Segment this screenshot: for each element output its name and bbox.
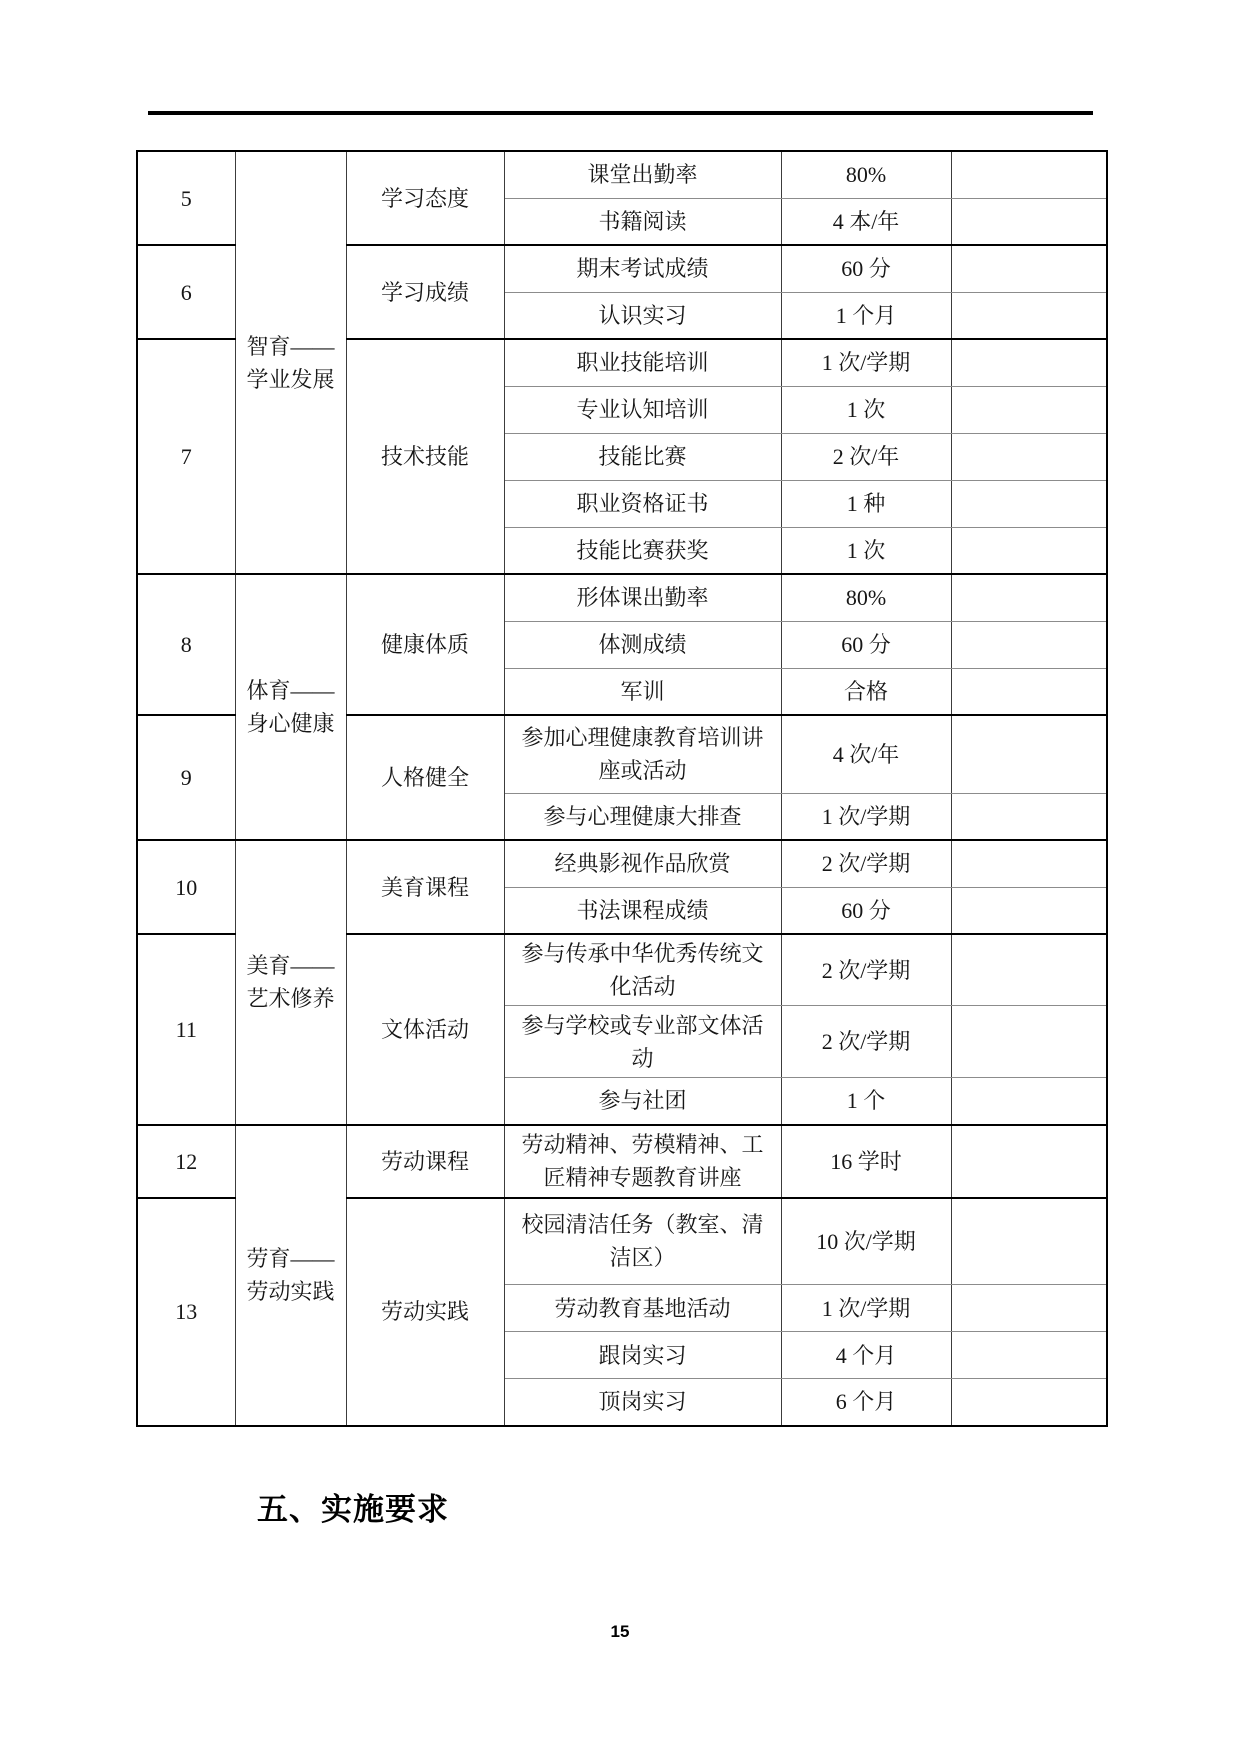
item-cell: 参与社团 xyxy=(504,1078,781,1125)
category-line: 智育—— xyxy=(244,330,338,363)
value-cell: 1 次 xyxy=(781,386,951,433)
row-number-cell: 10 xyxy=(137,840,235,934)
subcategory-cell: 文体活动 xyxy=(346,934,504,1125)
value-cell: 6 个月 xyxy=(781,1379,951,1426)
blank-cell xyxy=(951,433,1107,480)
blank-cell xyxy=(951,1006,1107,1078)
category-line: 学业发展 xyxy=(244,363,338,396)
item-cell: 跟岗实习 xyxy=(504,1332,781,1379)
evaluation-table: 5 智育—— 学业发展 学习态度 课堂出勤率 80% 书籍阅读 4 本/年 6 … xyxy=(136,150,1108,1427)
blank-cell xyxy=(951,715,1107,793)
item-cell: 专业认知培训 xyxy=(504,386,781,433)
table-row: 10 美育—— 艺术修养 美育课程 经典影视作品欣赏 2 次/学期 xyxy=(137,840,1107,887)
blank-cell xyxy=(951,1285,1107,1332)
category-line: 体育—— xyxy=(244,674,338,707)
blank-cell xyxy=(951,1125,1107,1198)
value-cell: 80% xyxy=(781,574,951,621)
value-cell: 1 个 xyxy=(781,1078,951,1125)
blank-cell xyxy=(951,292,1107,339)
subcategory-cell: 健康体质 xyxy=(346,574,504,715)
value-cell: 1 次/学期 xyxy=(781,793,951,840)
category-line: 艺术修养 xyxy=(244,982,338,1015)
subcategory-cell: 学习成绩 xyxy=(346,245,504,339)
header-rule xyxy=(148,111,1093,115)
value-cell: 2 次/年 xyxy=(781,433,951,480)
blank-cell xyxy=(951,339,1107,386)
value-cell: 80% xyxy=(781,151,951,198)
value-cell: 60 分 xyxy=(781,621,951,668)
document-page: 5 智育—— 学业发展 学习态度 课堂出勤率 80% 书籍阅读 4 本/年 6 … xyxy=(0,0,1240,1754)
item-cell: 军训 xyxy=(504,668,781,715)
subcategory-cell: 人格健全 xyxy=(346,715,504,840)
row-number-cell: 11 xyxy=(137,934,235,1125)
category-line: 劳育—— xyxy=(244,1242,338,1275)
item-cell: 参与学校或专业部文体活动 xyxy=(504,1006,781,1078)
category-cell: 美育—— 艺术修养 xyxy=(235,840,346,1125)
row-number-cell: 6 xyxy=(137,245,235,339)
item-cell: 书法课程成绩 xyxy=(504,887,781,934)
item-cell: 职业技能培训 xyxy=(504,339,781,386)
row-number-cell: 9 xyxy=(137,715,235,840)
blank-cell xyxy=(951,386,1107,433)
item-cell: 顶岗实习 xyxy=(504,1379,781,1426)
blank-cell xyxy=(951,1078,1107,1125)
table-row: 8 体育—— 身心健康 健康体质 形体课出勤率 80% xyxy=(137,574,1107,621)
category-line: 身心健康 xyxy=(244,707,338,740)
blank-cell xyxy=(951,793,1107,840)
category-cell: 劳育—— 劳动实践 xyxy=(235,1125,346,1426)
item-cell: 书籍阅读 xyxy=(504,198,781,245)
item-cell: 参与心理健康大排查 xyxy=(504,793,781,840)
value-cell: 4 次/年 xyxy=(781,715,951,793)
value-cell: 1 个月 xyxy=(781,292,951,339)
item-cell: 形体课出勤率 xyxy=(504,574,781,621)
value-cell: 1 次/学期 xyxy=(781,339,951,386)
blank-cell xyxy=(951,527,1107,574)
item-cell: 体测成绩 xyxy=(504,621,781,668)
subcategory-cell: 劳动课程 xyxy=(346,1125,504,1198)
blank-cell xyxy=(951,1198,1107,1285)
item-cell: 职业资格证书 xyxy=(504,480,781,527)
blank-cell xyxy=(951,934,1107,1006)
blank-cell xyxy=(951,574,1107,621)
subcategory-cell: 劳动实践 xyxy=(346,1198,504,1426)
category-line: 劳动实践 xyxy=(244,1275,338,1308)
value-cell: 60 分 xyxy=(781,887,951,934)
item-cell: 劳动精神、劳模精神、工匠精神专题教育讲座 xyxy=(504,1125,781,1198)
value-cell: 2 次/学期 xyxy=(781,1006,951,1078)
value-cell: 2 次/学期 xyxy=(781,840,951,887)
subcategory-cell: 学习态度 xyxy=(346,151,504,245)
category-cell: 体育—— 身心健康 xyxy=(235,574,346,840)
subcategory-cell: 美育课程 xyxy=(346,840,504,934)
category-cell: 智育—— 学业发展 xyxy=(235,151,346,574)
blank-cell xyxy=(951,245,1107,292)
item-cell: 认识实习 xyxy=(504,292,781,339)
blank-cell xyxy=(951,480,1107,527)
row-number-cell: 13 xyxy=(137,1198,235,1426)
item-cell: 技能比赛 xyxy=(504,433,781,480)
subcategory-cell: 技术技能 xyxy=(346,339,504,574)
value-cell: 合格 xyxy=(781,668,951,715)
value-cell: 1 次/学期 xyxy=(781,1285,951,1332)
item-cell: 期末考试成绩 xyxy=(504,245,781,292)
item-cell: 参加心理健康教育培训讲座或活动 xyxy=(504,715,781,793)
row-number-cell: 5 xyxy=(137,151,235,245)
row-number-cell: 7 xyxy=(137,339,235,574)
value-cell: 4 个月 xyxy=(781,1332,951,1379)
category-line: 美育—— xyxy=(244,949,338,982)
blank-cell xyxy=(951,621,1107,668)
blank-cell xyxy=(951,198,1107,245)
value-cell: 10 次/学期 xyxy=(781,1198,951,1285)
blank-cell xyxy=(951,151,1107,198)
section-heading: 五、实施要求 xyxy=(257,1491,449,1530)
item-cell: 课堂出勤率 xyxy=(504,151,781,198)
item-cell: 技能比赛获奖 xyxy=(504,527,781,574)
value-cell: 60 分 xyxy=(781,245,951,292)
row-number-cell: 12 xyxy=(137,1125,235,1198)
value-cell: 2 次/学期 xyxy=(781,934,951,1006)
blank-cell xyxy=(951,887,1107,934)
value-cell: 1 次 xyxy=(781,527,951,574)
item-cell: 经典影视作品欣赏 xyxy=(504,840,781,887)
blank-cell xyxy=(951,1379,1107,1426)
value-cell: 16 学时 xyxy=(781,1125,951,1198)
blank-cell xyxy=(951,840,1107,887)
row-number-cell: 8 xyxy=(137,574,235,715)
table-row: 5 智育—— 学业发展 学习态度 课堂出勤率 80% xyxy=(137,151,1107,198)
blank-cell xyxy=(951,1332,1107,1379)
item-cell: 校园清洁任务（教室、清洁区） xyxy=(504,1198,781,1285)
value-cell: 4 本/年 xyxy=(781,198,951,245)
table-row: 12 劳育—— 劳动实践 劳动课程 劳动精神、劳模精神、工匠精神专题教育讲座 1… xyxy=(137,1125,1107,1198)
value-cell: 1 种 xyxy=(781,480,951,527)
item-cell: 劳动教育基地活动 xyxy=(504,1285,781,1332)
item-cell: 参与传承中华优秀传统文化活动 xyxy=(504,934,781,1006)
page-number: 15 xyxy=(0,1622,1240,1642)
blank-cell xyxy=(951,668,1107,715)
